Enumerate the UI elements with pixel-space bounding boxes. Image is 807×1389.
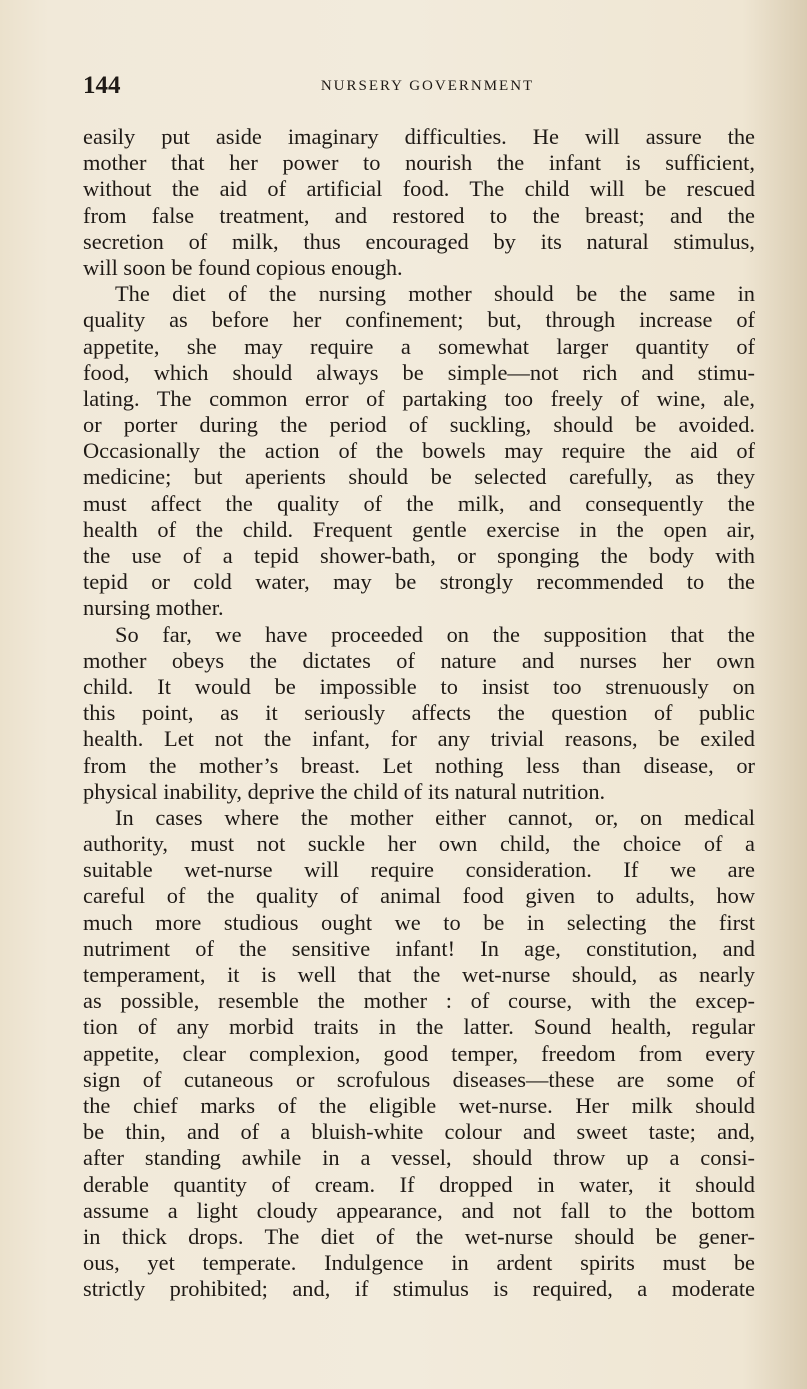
text-line: appetite, clear complexion, good temper,… xyxy=(83,1041,755,1067)
text-line: medicine; but aperients should be select… xyxy=(83,464,755,490)
text-line: child. It would be impossible to insist … xyxy=(83,674,755,700)
text-line: without the aid of artificial food. The … xyxy=(83,176,755,202)
text-line: easily put aside imaginary difficulties.… xyxy=(83,124,755,150)
text-line: suitable wet-nurse will require consider… xyxy=(83,857,755,883)
text-line: Occasionally the action of the bowels ma… xyxy=(83,438,755,464)
text-line: In cases where the mother either cannot,… xyxy=(83,805,755,831)
text-line: must affect the quality of the milk, and… xyxy=(83,491,755,517)
text-line: after standing awhile in a vessel, shoul… xyxy=(83,1145,755,1171)
text-line: mother obeys the dictates of nature and … xyxy=(83,648,755,674)
text-line: So far, we have proceeded on the supposi… xyxy=(83,622,755,648)
text-line: health. Let not the infant, for any triv… xyxy=(83,726,755,752)
text-line: from false treatment, and restored to th… xyxy=(83,203,755,229)
text-line: health of the child. Frequent gentle exe… xyxy=(83,517,755,543)
text-line: in thick drops. The diet of the wet-nurs… xyxy=(83,1224,755,1250)
text-line: quality as before her confinement; but, … xyxy=(83,307,755,333)
text-line: nursing mother. xyxy=(83,595,755,621)
text-line: sign of cutaneous or scrofulous diseases… xyxy=(83,1067,755,1093)
text-line: tion of any morbid traits in the latter.… xyxy=(83,1014,755,1040)
text-line: be thin, and of a bluish-white colour an… xyxy=(83,1119,755,1145)
running-head: NURSERY GOVERNMENT xyxy=(83,78,752,95)
text-line: The diet of the nursing mother should be… xyxy=(83,281,755,307)
text-line: much more studious ought we to be in sel… xyxy=(83,910,755,936)
text-line: physical inability, deprive the child of… xyxy=(83,779,755,805)
text-line: secretion of milk, thus encouraged by it… xyxy=(83,229,755,255)
text-line: temperament, it is well that the wet-nur… xyxy=(83,962,755,988)
body-text: easily put aside imaginary difficulties.… xyxy=(83,124,755,1302)
text-line: will soon be found copious enough. xyxy=(83,255,755,281)
page-header: 144 NURSERY GOVERNMENT xyxy=(83,72,752,106)
text-line: the chief marks of the eligible wet-nurs… xyxy=(83,1093,755,1119)
text-line: ous, yet temperate. Indulgence in ardent… xyxy=(83,1250,755,1276)
text-line: authority, must not suckle her own child… xyxy=(83,831,755,857)
text-line: assume a light cloudy appearance, and no… xyxy=(83,1198,755,1224)
text-line: derable quantity of cream. If dropped in… xyxy=(83,1172,755,1198)
text-line: the use of a tepid shower-bath, or spong… xyxy=(83,543,755,569)
text-line: as possible, resemble the mother : of co… xyxy=(83,988,755,1014)
text-line: careful of the quality of animal food gi… xyxy=(83,883,755,909)
text-line: appetite, she may require a somewhat lar… xyxy=(83,334,755,360)
text-line: mother that her power to nourish the inf… xyxy=(83,150,755,176)
text-line: or porter during the period of suckling,… xyxy=(83,412,755,438)
text-line: lating. The common error of partaking to… xyxy=(83,386,755,412)
text-line: strictly prohibited; and, if stimulus is… xyxy=(83,1276,755,1302)
text-line: nutriment of the sensitive infant! In ag… xyxy=(83,936,755,962)
text-line: from the mother’s breast. Let nothing le… xyxy=(83,753,755,779)
text-line: tepid or cold water, may be strongly rec… xyxy=(83,569,755,595)
book-page: 144 NURSERY GOVERNMENT easily put aside … xyxy=(0,0,807,1389)
text-line: food, which should always be simple—not … xyxy=(83,360,755,386)
text-line: this point, as it seriously affects the … xyxy=(83,700,755,726)
